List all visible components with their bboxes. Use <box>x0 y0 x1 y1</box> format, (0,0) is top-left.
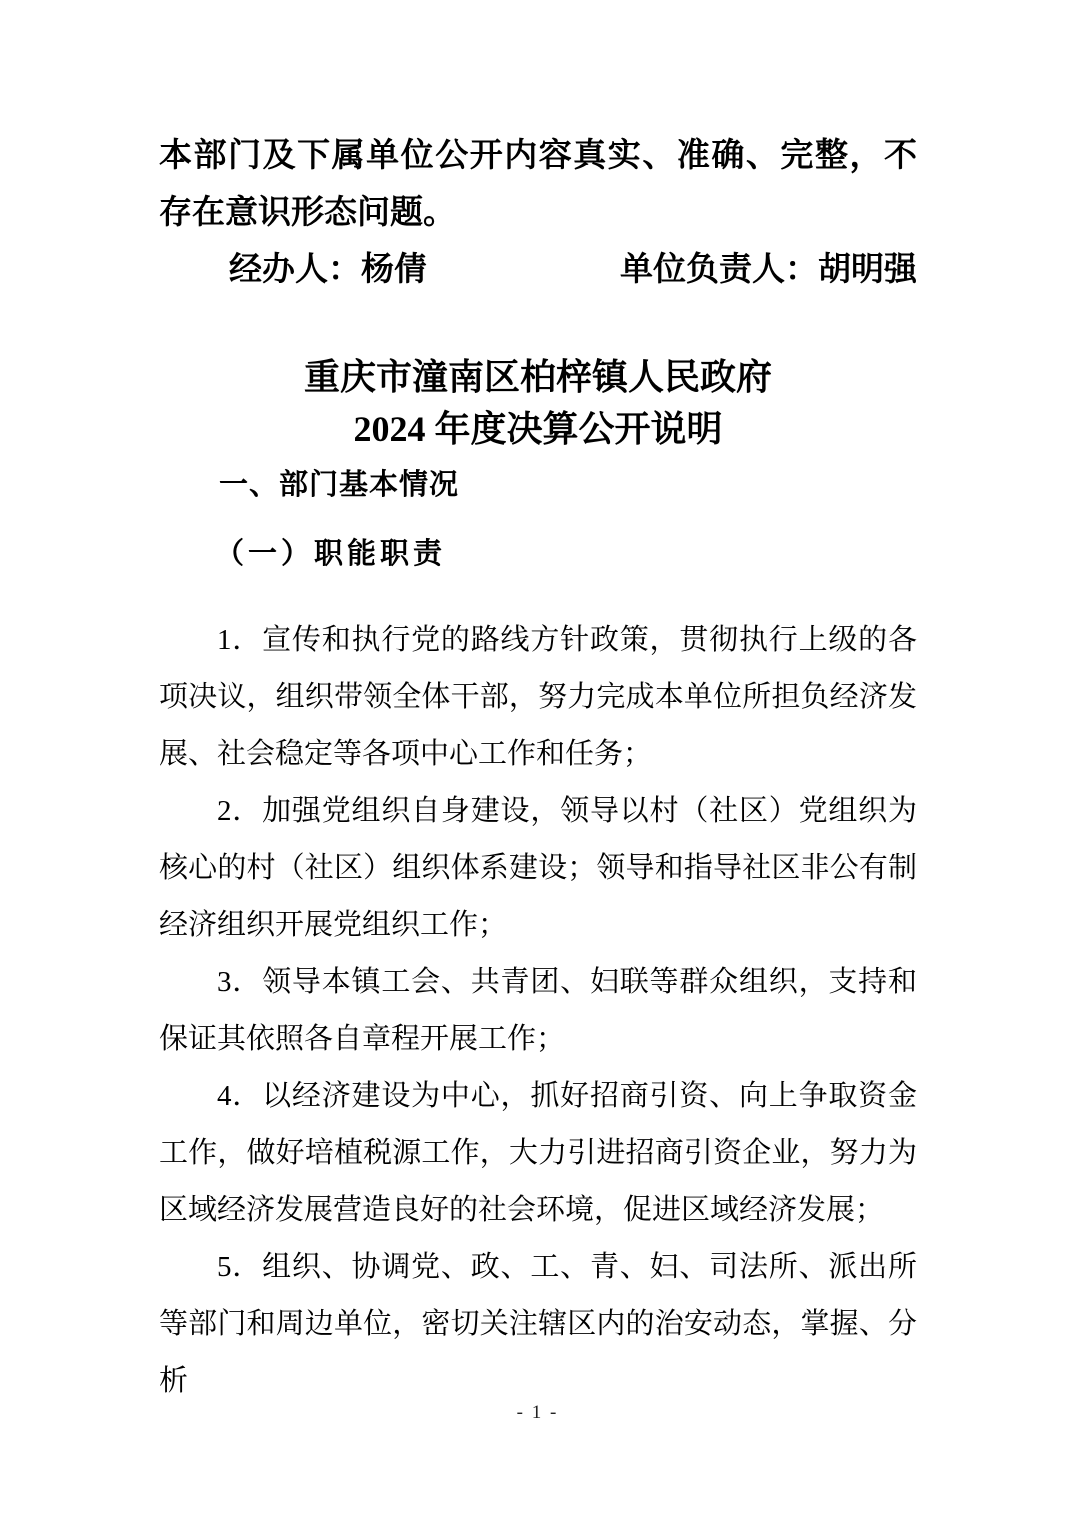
document-title: 重庆市潼南区柏梓镇人民政府 2024 年度决算公开说明 <box>159 351 917 455</box>
duties-list: 1．宣传和执行党的路线方针政策，贯彻执行上级的各项决议，组织带领全体干部，努力完… <box>159 612 917 1410</box>
integrity-statement: 本部门及下属单位公开内容真实、准确、完整，不存在意识形态问题。 <box>159 128 917 242</box>
duty-item-3: 3．领导本镇工会、共青团、妇联等群众组织，支持和保证其依照各自章程开展工作； <box>159 954 917 1068</box>
title-org-name: 重庆市潼南区柏梓镇人民政府 <box>159 351 917 403</box>
subsection-heading-duties: （一）职能职责 <box>159 533 917 575</box>
unit-head-signature: 单位负责人：胡明强 <box>620 242 917 299</box>
handler-signature: 经办人：杨倩 <box>229 242 427 299</box>
duty-item-5: 5．组织、协调党、政、工、青、妇、司法所、派出所等部门和周边单位，密切关注辖区内… <box>159 1239 917 1410</box>
signature-row: 经办人：杨倩 单位负责人：胡明强 <box>159 242 917 299</box>
page-number: - 1 - <box>0 1402 1075 1424</box>
duty-item-1: 1．宣传和执行党的路线方针政策，贯彻执行上级的各项决议，组织带领全体干部，努力完… <box>159 612 917 783</box>
document-page: 本部门及下属单位公开内容真实、准确、完整，不存在意识形态问题。 经办人：杨倩 单… <box>0 0 1075 1520</box>
title-doc-subject: 2024 年度决算公开说明 <box>159 403 917 455</box>
section-heading-basic-info: 一、部门基本情况 <box>159 464 917 506</box>
duty-item-4: 4．以经济建设为中心，抓好招商引资、向上争取资金工作，做好培植税源工作，大力引进… <box>159 1068 917 1239</box>
duty-item-2: 2．加强党组织自身建设，领导以村（社区）党组织为核心的村（社区）组织体系建设；领… <box>159 783 917 954</box>
